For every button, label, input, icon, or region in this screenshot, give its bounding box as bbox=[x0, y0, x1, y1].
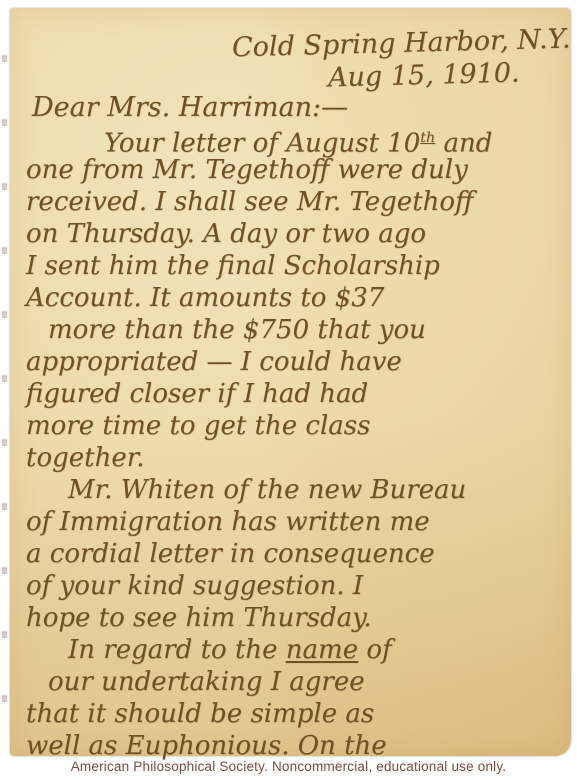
letter-text-part: received. I shall see Mr. Tegethoff bbox=[26, 187, 473, 217]
letter-text-part: Mr. Whiten of the new Bureau bbox=[68, 475, 466, 505]
letter-line: In regard to the name of bbox=[26, 634, 576, 666]
letter-salutation: Dear Mrs. Harriman:— bbox=[32, 92, 348, 123]
letter-text-part: one from Mr. Tegethoff were duly bbox=[26, 155, 468, 185]
letter-line: appropriated — I could have bbox=[26, 346, 576, 378]
letter-text-part: on Thursday. A day or two ago bbox=[26, 219, 426, 249]
letter-line: figured closer if I had had bbox=[26, 378, 576, 410]
letter-text-part: In regard to the bbox=[68, 635, 286, 665]
letter-text-part: appropriated — I could have bbox=[26, 347, 402, 377]
letter-text-part: more than the $750 that you bbox=[48, 315, 426, 345]
letter-line: our undertaking I agree bbox=[26, 666, 576, 698]
letter-text-part: Account. It amounts to $37 bbox=[26, 283, 384, 313]
scanned-letter-page: Cold Spring Harbor, N.Y. Aug 15, 1910. D… bbox=[0, 0, 577, 780]
letter-text-part: I sent him the final Scholarship bbox=[26, 251, 440, 281]
letter-text-part: our undertaking I agree bbox=[48, 667, 365, 697]
letter-date-line: Aug 15, 1910. bbox=[328, 57, 520, 93]
letter-text-part: hope to see him Thursday. bbox=[26, 603, 372, 633]
letter-line: I sent him the final Scholarship bbox=[26, 250, 576, 282]
letter-line: a cordial letter in consequence bbox=[26, 538, 576, 570]
letter-text-part: that it should be simple as bbox=[26, 699, 374, 729]
underlined-text: name bbox=[286, 635, 358, 665]
letter-line: one from Mr. Tegethoff were duly bbox=[26, 154, 576, 186]
superscript-text: th bbox=[420, 130, 435, 146]
letter-line: on Thursday. A day or two ago bbox=[26, 218, 576, 250]
letter-text-part: of Immigration has written me bbox=[26, 507, 430, 537]
letter-text-part: of bbox=[358, 635, 392, 665]
letter-text-part: more time to get the class bbox=[26, 411, 370, 441]
letter-line: that it should be simple as bbox=[26, 698, 576, 730]
letter-text-part: a cordial letter in consequence bbox=[26, 539, 435, 569]
scan-edge-artifacts bbox=[2, 55, 7, 705]
letter-line: Mr. Whiten of the new Bureau bbox=[26, 474, 576, 506]
letter-text-part: together. bbox=[26, 443, 145, 473]
letter-line: of your kind suggestion. I bbox=[26, 570, 576, 602]
letter-paper-sheet: Cold Spring Harbor, N.Y. Aug 15, 1910. D… bbox=[10, 8, 571, 756]
letter-text-part: well as Euphonious. On the bbox=[26, 731, 387, 761]
archive-caption: American Philosophical Society. Noncomme… bbox=[0, 759, 577, 774]
letter-line: of Immigration has written me bbox=[26, 506, 576, 538]
letter-line: Account. It amounts to $37 bbox=[26, 282, 576, 314]
letter-text-part: of your kind suggestion. I bbox=[26, 571, 363, 601]
letter-line: more time to get the class bbox=[26, 410, 576, 442]
letter-line: hope to see him Thursday. bbox=[26, 602, 576, 634]
letter-line: well as Euphonious. On the bbox=[26, 730, 576, 762]
letter-text-part: figured closer if I had had bbox=[26, 379, 368, 409]
letter-line: received. I shall see Mr. Tegethoff bbox=[26, 186, 576, 218]
letter-line: Your letter of August 10th and bbox=[26, 122, 576, 154]
letter-line: together. bbox=[26, 442, 576, 474]
letter-line: more than the $750 that you bbox=[26, 314, 576, 346]
letter-place-line: Cold Spring Harbor, N.Y. bbox=[232, 24, 571, 64]
letter-body: Your letter of August 10th andone from M… bbox=[26, 122, 576, 762]
